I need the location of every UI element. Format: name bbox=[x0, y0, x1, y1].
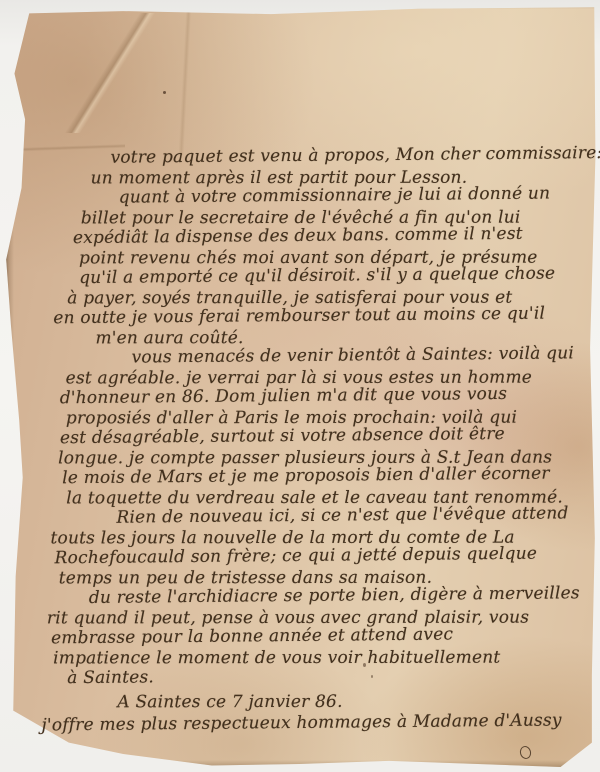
letter-line: du reste l'archidiacre se porte bien, di… bbox=[41, 583, 586, 608]
photo-background: votre paquet est venu à propos, Mon cher… bbox=[0, 0, 600, 772]
letter-line: quant à votre commissionnaire je lui ai … bbox=[39, 183, 584, 208]
torn-bottom-edge bbox=[5, 760, 596, 767]
letter-line: qu'il a emporté ce qu'il désiroit. s'il … bbox=[39, 263, 584, 288]
torn-left-edge bbox=[5, 5, 14, 767]
letter-line: j'offre mes plus respectueux hommages à … bbox=[41, 710, 586, 735]
letter-line: à Saintes. bbox=[41, 663, 586, 688]
letter-line: vous menacés de venir bientôt à Saintes:… bbox=[39, 343, 584, 368]
manuscript-text-block: votre paquet est venu à propos, Mon cher… bbox=[38, 146, 586, 736]
paper-crease bbox=[155, 5, 215, 155]
letter-line: est désagréable, surtout si votre absenc… bbox=[40, 423, 585, 448]
letter-line: expédiât la dispense des deux bans. comm… bbox=[39, 223, 584, 248]
ink-speck bbox=[163, 91, 166, 94]
letter-line: Rien de nouveau ici, si ce n'est que l'é… bbox=[40, 503, 585, 528]
letter-line: le mois de Mars et je me proposois bien … bbox=[40, 463, 585, 488]
letter-line: Rochefoucauld son frère; ce qui a jetté … bbox=[41, 543, 586, 568]
letter-line: d'honneur en 86. Dom julien m'a dit que … bbox=[40, 383, 585, 408]
letter-line: votre paquet est venu à propos, Mon cher… bbox=[38, 143, 583, 168]
torn-top-edge bbox=[5, 5, 596, 9]
letter-line: en outte je vous ferai rembourser tout a… bbox=[39, 303, 584, 328]
signature-flourish bbox=[519, 745, 533, 760]
letter-line: A Saintes ce 7 janvier 86. bbox=[41, 691, 586, 712]
letter-line: embrasse pour la bonne année et attend a… bbox=[41, 623, 586, 648]
